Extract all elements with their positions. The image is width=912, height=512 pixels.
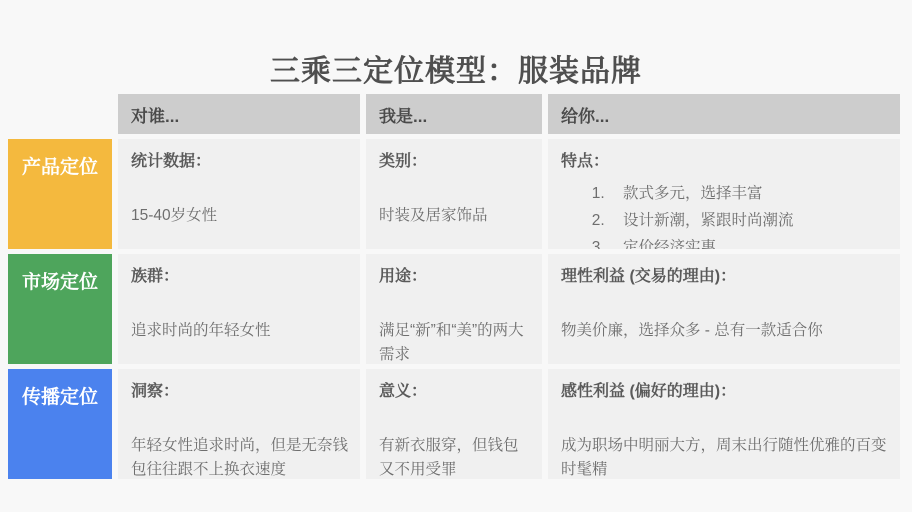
cell-body: 年轻女性追求时尚，但是无奈钱包往往跟不上换衣速度 [131, 434, 348, 479]
column-header-i-am: 我是... [366, 94, 542, 134]
cell-body: 时装及居家饰品 [379, 204, 530, 228]
cell-heading: 用途： [379, 265, 530, 290]
cell-communication-who: 洞察： 年轻女性追求时尚，但是无奈钱包往往跟不上换衣速度 [118, 369, 360, 479]
cell-heading: 类别： [379, 150, 530, 175]
cell-heading: 族群： [131, 265, 348, 290]
column-header-who: 对谁... [118, 94, 360, 134]
cell-body: 物美价廉，选择众多 - 总有一款适合你 [561, 319, 888, 343]
table-corner-spacer [8, 94, 112, 134]
cell-body: 满足“新”和“美”的两大需求 [379, 319, 530, 364]
cell-heading: 理性利益 (交易的理由)： [561, 265, 888, 290]
cell-body: 成为职场中明丽大方，周末出行随性优雅的百变时髦精 [561, 434, 888, 479]
row-label-product: 产品定位 [8, 139, 112, 249]
feature-list: 款式多元，选择丰富 设计新潮，紧跟时尚潮流 定价经济实惠 [561, 180, 888, 249]
column-header-give-you: 给你... [548, 94, 900, 134]
cell-communication-give-you: 感性利益 (偏好的理由)： 成为职场中明丽大方，周末出行随性优雅的百变时髦精 [548, 369, 900, 479]
row-label-market: 市场定位 [8, 254, 112, 364]
feature-list-item: 设计新潮，紧跟时尚潮流 [609, 207, 888, 234]
cell-heading: 洞察： [131, 380, 348, 405]
cell-market-who: 族群： 追求时尚的年轻女性 [118, 254, 360, 364]
positioning-table: 对谁... 我是... 给你... 产品定位 统计数据： 15-40岁女性 类别… [8, 94, 900, 479]
slide-canvas: { "page": { "title": "三乘三定位模型：服装品牌" }, "… [0, 0, 912, 512]
cell-communication-i-am: 意义： 有新衣服穿，但钱包又不用受罪 [366, 369, 542, 479]
cell-heading: 意义： [379, 380, 530, 405]
page-title: 三乘三定位模型：服装品牌 [0, 46, 912, 90]
row-label-communication: 传播定位 [8, 369, 112, 479]
cell-market-give-you: 理性利益 (交易的理由)： 物美价廉，选择众多 - 总有一款适合你 [548, 254, 900, 364]
feature-list-item: 定价经济实惠 [609, 234, 888, 249]
cell-market-i-am: 用途： 满足“新”和“美”的两大需求 [366, 254, 542, 364]
cell-product-who: 统计数据： 15-40岁女性 [118, 139, 360, 249]
cell-heading: 统计数据： [131, 150, 348, 175]
feature-list-item: 款式多元，选择丰富 [609, 180, 888, 207]
cell-body: 追求时尚的年轻女性 [131, 319, 348, 343]
cell-product-i-am: 类别： 时装及居家饰品 [366, 139, 542, 249]
cell-heading: 感性利益 (偏好的理由)： [561, 380, 888, 405]
cell-body: 有新衣服穿，但钱包又不用受罪 [379, 434, 530, 479]
cell-body: 15-40岁女性 [131, 204, 348, 228]
cell-product-give-you: 特点： 款式多元，选择丰富 设计新潮，紧跟时尚潮流 定价经济实惠 [548, 139, 900, 249]
cell-heading: 特点： [561, 150, 888, 175]
